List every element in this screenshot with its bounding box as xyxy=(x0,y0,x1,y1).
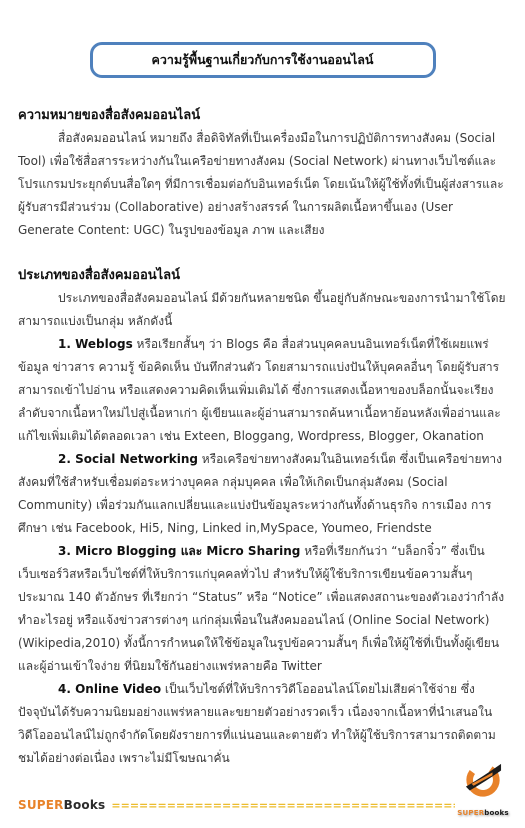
footer-brand-super: SUPER xyxy=(18,798,64,812)
item-weblogs: 1. Weblogs หรือเรียกสั้นๆ ว่า Blogs คือ … xyxy=(18,333,507,448)
footer-brand-books: Books xyxy=(64,798,106,812)
page-footer: SUPERBooks =============================… xyxy=(18,796,455,812)
item-online-video-lead: 4. Online Video xyxy=(58,682,161,696)
types-intro-paragraph: ประเภทของสื่อสังคมออนไลน์ มีด้วยกันหลายช… xyxy=(18,287,507,333)
item-weblogs-lead: 1. Weblogs xyxy=(58,337,133,351)
logo-word-super: SUPER xyxy=(457,809,484,817)
document-page: ความรู้พื้นฐานเกี่ยวกับการใช้งานออนไลน์ … xyxy=(0,0,525,828)
item-online-video: 4. Online Video เป็นเว็บไซต์ที่ให้บริการ… xyxy=(18,678,507,766)
superbooks-logo-wordmark: SUPERbooks xyxy=(457,810,508,817)
definition-paragraph: สื่อสังคมออนไลน์ หมายถึง สื่อดิจิทัลที่เ… xyxy=(18,127,507,242)
section-heading-types: ประเภทของสื่อสังคมออนไลน์ xyxy=(18,264,507,287)
item-micro-blogging-lead: 3. Micro Blogging และ Micro Sharing xyxy=(58,544,300,558)
document-content: ความหมายของสื่อสังคมออนไลน์ สื่อสังคมออน… xyxy=(0,78,525,766)
item-social-networking-lead: 2. Social Networking xyxy=(58,452,198,466)
page-title: ความรู้พื้นฐานเกี่ยวกับการใช้งานออนไลน์ xyxy=(152,50,374,70)
superbooks-logo-icon xyxy=(463,784,503,803)
footer-divider-line: ========================================… xyxy=(111,799,455,812)
title-box: ความรู้พื้นฐานเกี่ยวกับการใช้งานออนไลน์ xyxy=(90,42,436,78)
superbooks-logo: SUPERbooks xyxy=(455,761,511,818)
item-micro-blogging-text: หรือที่เรียกกันว่า “บล็อกจิ๋ว” ซึ่งเป็นเ… xyxy=(18,544,504,673)
item-weblogs-text: หรือเรียกสั้นๆ ว่า Blogs คือ สื่อส่วนบุค… xyxy=(18,337,501,443)
logo-word-books: books xyxy=(484,809,508,817)
footer-brand: SUPERBooks xyxy=(18,798,105,812)
section-heading-definition: ความหมายของสื่อสังคมออนไลน์ xyxy=(18,104,507,127)
item-micro-blogging: 3. Micro Blogging และ Micro Sharing หรือ… xyxy=(18,540,507,678)
item-social-networking: 2. Social Networking หรือเครือข่ายทางสัง… xyxy=(18,448,507,540)
